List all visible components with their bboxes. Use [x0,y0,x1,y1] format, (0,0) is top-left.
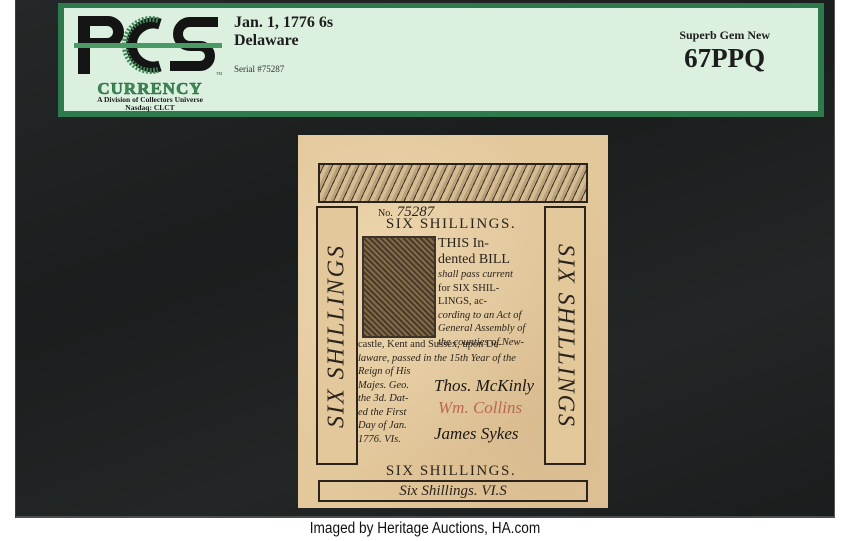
note-state: Delaware [234,32,333,50]
pcgs-currency-logo: TM CURRENCY A Division of Collectors Uni… [74,12,224,112]
signature-2: Wm. Collins [438,398,522,418]
ornamental-top-band [318,163,588,203]
note-center: No.75287 SIX SHILLINGS. THIS In- dented … [358,206,544,461]
label-panel: TM CURRENCY A Division of Collectors Uni… [64,8,818,111]
note-footer-heading: SIX SHILLINGS. [358,463,544,480]
left-border: SIX SHILLINGS [316,206,358,465]
currency-holder: TM CURRENCY A Division of Collectors Uni… [15,0,835,518]
svg-text:TM: TM [216,71,222,76]
banknote-image: SIX SHILLINGS SIX SHILLINGS No.75287 SIX… [298,135,608,508]
signature-3: James Sykes [434,424,519,444]
grade-adjective: Superb Gem New [679,28,770,43]
vignette-image [362,236,436,338]
right-border: SIX SHILLINGS [544,206,586,465]
signature-1: Thos. McKinly [434,376,534,396]
grading-label: TM CURRENCY A Division of Collectors Uni… [58,3,824,117]
note-date-denomination: Jan. 1, 1776 6s [234,14,333,32]
pcgs-logo-icon: TM [74,12,224,78]
note-footer-band: Six Shillings. VI.S [318,480,588,502]
serial-number: Serial #75287 [234,64,333,74]
note-frame: SIX SHILLINGS SIX SHILLINGS No.75287 SIX… [316,163,586,497]
note-heading: SIX SHILLINGS. [358,216,544,233]
grade-value: 67PPQ [679,43,770,73]
image-credit: Imaged by Heritage Auctions, HA.com [51,520,799,538]
note-body-text: THIS In- dented BILL shall pass current … [438,236,544,349]
division-text: A Division of Collectors Universe Nasdaq… [74,96,226,112]
grade-block: Superb Gem New 67PPQ [679,28,770,73]
note-description: Jan. 1, 1776 6s Delaware Serial #75287 [234,14,333,74]
